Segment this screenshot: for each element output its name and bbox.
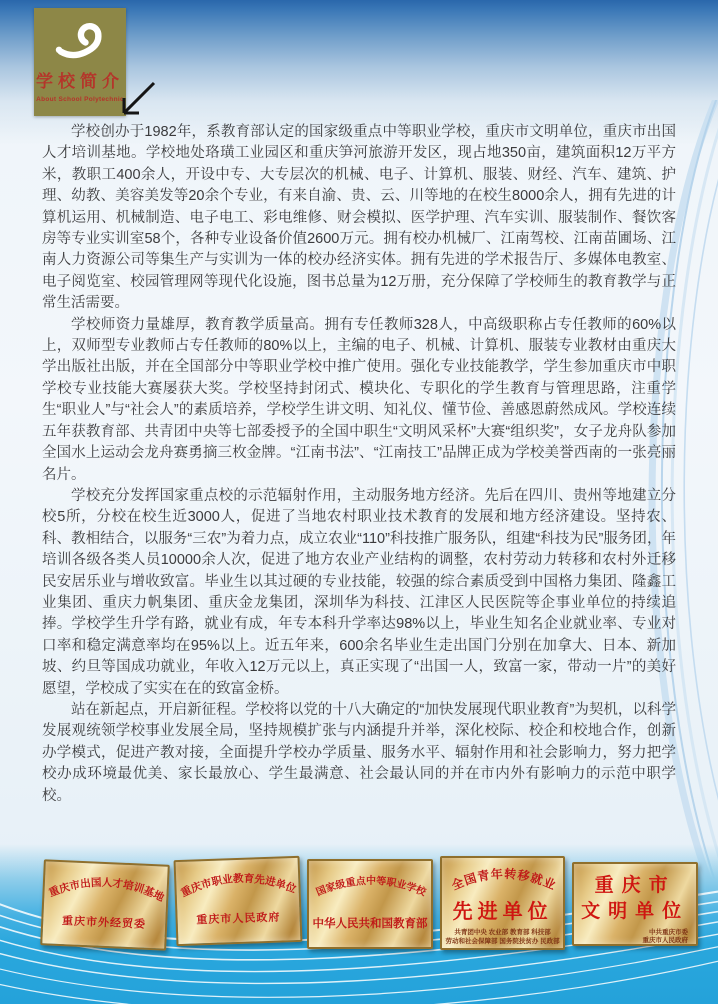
plaque-issuer: 重庆市人民政府 xyxy=(177,908,299,928)
body-text: 学校创办于1982年，系教育部认定的国家级重点中等职业学校，重庆市文明单位，重庆… xyxy=(42,122,676,807)
award-plaque-vocational-education: 重庆市职业教育先进单位 重庆市人民政府 xyxy=(173,856,302,946)
plaque-arc: 重庆市职业教育先进单位 xyxy=(175,862,300,902)
auspicious-cloud-icon xyxy=(48,14,112,60)
paragraph-overview: 学校创办于1982年，系教育部认定的国家级重点中等职业学校，重庆市文明单位，重庆… xyxy=(42,122,676,315)
svg-text:重庆市职业教育先进单位: 重庆市职业教育先进单位 xyxy=(178,870,299,900)
plaque-arc: 国家级重点中等职业学校 xyxy=(309,865,433,901)
plaque-arc: 重庆市出国人才培训基地 xyxy=(44,865,169,906)
plaque-issuer-line2: 劳动和社会保障部 国务院扶贫办 民政部 xyxy=(442,938,564,947)
svg-text:国家级重点中等职业学校: 国家级重点中等职业学校 xyxy=(314,874,429,899)
paragraph-service: 学校充分发挥国家重点校的示范辐射作用，主动服务地方经济。先后在四川、贵州等地建立… xyxy=(42,486,676,700)
svg-text:全国青年转移就业: 全国青年转移就业 xyxy=(449,866,558,893)
brochure-page: 学校简介 About School Polytechnic 学校创办于1982年… xyxy=(0,0,718,1004)
plaque-issuer: 中华人民共和国教育部 xyxy=(309,915,431,931)
plaque-arc: 全国青年转移就业 xyxy=(442,862,566,894)
plaque-issuer-line2: 重庆市人民政府 xyxy=(574,937,688,945)
paragraph-faculty: 学校师资力量雄厚，教育教学质量高。拥有专任教师328人，中高级职称占专任教师的6… xyxy=(42,315,676,486)
award-plaque-national-key-school: 国家级重点中等职业学校 中华人民共和国教育部 xyxy=(307,859,433,949)
plaque-issuer-line1: 中共重庆市委 xyxy=(574,929,688,937)
award-plaque-overseas-training: 重庆市出国人才培训基地 重庆市外经贸委 xyxy=(40,859,169,950)
award-plaques-row: 重庆市出国人才培训基地 重庆市外经贸委 重庆市职业教育先进单位 重庆市人民政府 … xyxy=(42,856,698,950)
plaque-arc-text: 重庆市职业教育先进单位 xyxy=(178,870,299,900)
plaque-issuer-line1: 共青团中央 农业部 教育部 科技部 xyxy=(442,929,564,938)
plaque-issuer: 重庆市外经贸委 xyxy=(43,911,165,932)
svg-text:重庆市出国人才培训基地: 重庆市出国人才培训基地 xyxy=(47,873,168,904)
plaque-arc-text: 国家级重点中等职业学校 xyxy=(314,874,429,899)
plaque-line1: 重庆市 xyxy=(574,873,696,899)
plaque-main-text: 先进单位 xyxy=(442,895,564,924)
plaque-line2: 文明单位 xyxy=(574,899,696,925)
plaque-arc-text: 重庆市出国人才培训基地 xyxy=(47,873,168,904)
plaque-arc-text: 全国青年转移就业 xyxy=(449,866,558,893)
award-plaque-youth-employment: 全国青年转移就业 先进单位 共青团中央 农业部 教育部 科技部 劳动和社会保障部… xyxy=(440,856,566,950)
award-plaque-civilized-unit: 重庆市 文明单位 中共重庆市委 重庆市人民政府 xyxy=(572,862,698,946)
arrow-down-left-icon xyxy=(112,80,158,126)
paragraph-outlook: 站在新起点，开启新征程。学校将以党的十八大确定的“加快发展现代职业教育”为契机，… xyxy=(42,700,676,807)
